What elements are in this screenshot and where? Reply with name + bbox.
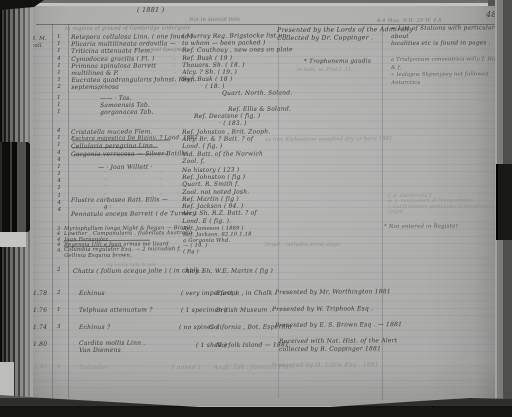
register-book-scan: ( 1881 ) 48 Not in special lists In regi… xyxy=(0,0,512,417)
reg-qty: 2 xyxy=(57,290,61,297)
row-name: Echinus ? xyxy=(79,324,110,331)
row-name: Cardita mollis Linn . Van Diemens xyxy=(79,341,145,355)
stations-list-note: = List of Stations with particulars abou… xyxy=(391,25,512,48)
reg-qty: 3 xyxy=(57,324,61,331)
header-note-right: 4.4 Mus. N.H. 29 W. 4.8 xyxy=(377,18,442,24)
row-donor: Received with Nat. Hist. of the Alert co… xyxy=(279,337,397,354)
row-detail: ( mixed ) xyxy=(172,364,201,371)
trophon-entry: * Trophonema gaudis xyxy=(304,58,371,66)
refs-row-e: Alcy. Sh. W.E. Martin ( fig ) xyxy=(185,267,273,275)
row-donor: Presented by H. Little Esq . 1881 xyxy=(271,361,379,369)
refs-b1: Quart. North. Soland. xyxy=(222,90,292,98)
species-cluster-d: Myriophyllum longa Night & Regan — Brazi… xyxy=(64,226,192,259)
row-name: Telphusa attenuatum ? xyxy=(79,306,153,314)
ditto-marks-c1: ” ” ” ” xyxy=(104,171,107,200)
qty-column-e: 2 xyxy=(57,267,61,274)
refs-c-block1: Ref. Johnston , Brit. Zooph. Alcy. Br. &… xyxy=(182,128,271,164)
refs-d-block: Ref. Jameson ( 1889 ) Ref. Jackson. 82.1… xyxy=(183,227,252,256)
qty-column-b: 1 1 1 xyxy=(57,95,61,117)
reg-qty: 1 xyxy=(57,307,61,314)
header-note-above-rule: Not in special lists xyxy=(189,17,240,23)
not-entered-note: * Not entered in Register xyxy=(384,223,458,231)
species-row-c8: Pennatula anceps Barrett ( de Turner ) xyxy=(71,210,197,218)
header-note-below-rule: In regions of ground of Cambridge underg… xyxy=(65,25,191,32)
reg-qty: 6 xyxy=(57,364,61,371)
species-cluster-a: Retepora cellulosa Linn. ( one found ) P… xyxy=(71,33,197,91)
species-cluster-b: —— · Tas. Samoensis Tab. gorgonacea Tab. xyxy=(100,95,154,117)
refs-c-block3: Ref. Martin ( fig ) Ref. Jackson ( 84. )… xyxy=(182,195,257,224)
qty-column-d: 3 4 4 4 9. xyxy=(57,227,62,254)
row-donor: Presented by W. Triphook Esq . xyxy=(272,305,373,313)
black-edge-tab-left xyxy=(0,142,30,232)
dried-note: Dried . includes some algae xyxy=(265,241,341,249)
row-name: Solander xyxy=(79,364,108,371)
ditto-marks-a: ” ” ” ” ” ” ” xyxy=(173,36,176,86)
trophon-sub-note: in batt. w. Prat f. 11 xyxy=(297,66,352,74)
species-row-c6: Flustra carbasea Batt. Ellis — xyxy=(71,196,168,204)
margin-coll-note: B. M. coll. xyxy=(31,36,47,49)
column-rule-1 xyxy=(52,24,53,398)
gray-annotation-lines: a Trialyomum concentrica willy f. Harlan… xyxy=(391,56,512,87)
strike-mark xyxy=(64,245,122,246)
refs-small-specimens: small Specimens xyxy=(148,47,189,54)
refs-b4: · ( 183. ) xyxy=(219,120,247,127)
page-edge-highlight-lower xyxy=(0,362,14,398)
column-rule-2 xyxy=(68,24,69,398)
refs-c-block2: No history ( 123 ) Ref. Johnston ( fig )… xyxy=(182,166,249,195)
black-edge-tab-right xyxy=(496,164,512,240)
row-donor: Presented by E. S. Brown Esq . — 1881 xyxy=(275,321,402,329)
pencil-note-right: t. d. marmorata f. w. s. mancunium al Fa… xyxy=(388,193,512,215)
row-name: Echinus xyxy=(79,290,105,297)
page-edge-highlight xyxy=(0,232,26,247)
qty-column-a: 1 1 1 4 1 1 1 2 xyxy=(57,34,61,91)
qty-column-c: 4 1 1 4 4 1 1 4 1 1 4 4 xyxy=(57,128,61,214)
top-page-edge-highlight xyxy=(33,3,493,6)
row-locality: British Museum . xyxy=(216,307,272,315)
year-heading: ( 1881 ) xyxy=(137,7,164,14)
row-locality: Europe , in Chalk . xyxy=(216,290,277,298)
pencil-note-middle: as lost Elphastone smashed dry or born 1… xyxy=(265,136,393,144)
row-donor: Presented by Mr. Worthington 1881 xyxy=(275,288,391,296)
